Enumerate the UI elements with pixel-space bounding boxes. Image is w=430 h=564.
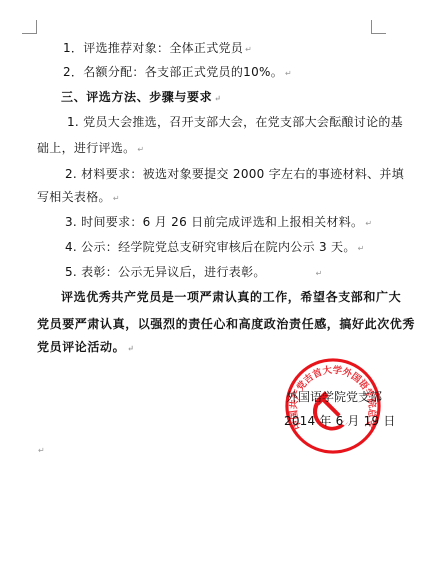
step-1-line-1: 1. 党员大会推选，召开支部大会，在党支部大会酝酿讨论的基 [67, 114, 403, 130]
paragraph-mark-icon: ↵ [316, 269, 323, 278]
step-3: 3. 时间要求：6 月 26 日前完成评选和上报相关材料。↵ [65, 214, 372, 232]
line-text: 党员评论活动。 [37, 340, 125, 354]
paragraph-mark-icon: ↵ [127, 343, 134, 353]
paragraph-mark-icon: ↵ [38, 443, 45, 459]
line-text: 础上，进行评选。 [37, 141, 135, 155]
signature-date: 2014 年 6 月 19 日 [284, 413, 396, 429]
list-item-quota: 2．名额分配：各支部正式党员的10%。↵ [63, 64, 292, 82]
closing-paragraph-line-2: 党员要严肃认真，以强烈的责任心和高度政治责任感，搞好此次优秀 [37, 316, 415, 332]
page-corner-mark-top-right [371, 20, 386, 34]
step-5: 5. 表彰：公示无异议后，进行表彰。↵ [65, 264, 323, 282]
closing-paragraph-line-3: 党员评论活动。↵ [37, 339, 135, 356]
line-text: 写相关表格。 [37, 190, 111, 204]
line-text: 2．名额分配：各支部正式党员的10%。 [63, 65, 283, 79]
line-text: 4. 公示：经学院党总支研究审核后在院内公示 3 天。 [65, 240, 356, 254]
line-text: 2. 材料要求：被选对象要提交 2000 字左右的事迹材料、并填 [65, 167, 404, 181]
line-text: 3. 时间要求：6 月 26 日前完成评选和上报相关材料。 [65, 215, 363, 229]
paragraph-mark-icon: ↵ [214, 93, 221, 103]
paragraph-mark-icon: ↵ [285, 69, 292, 78]
list-item-recommend-target: 1．评选推荐对象：全体正式党员↵ [63, 40, 252, 58]
step-4: 4. 公示：经学院党总支研究审核后在院内公示 3 天。↵ [65, 239, 365, 257]
heading-text: 三、评选方法、步骤与要求 [61, 90, 212, 104]
page-corner-mark-top-left [22, 20, 37, 34]
paragraph-mark-icon: ↵ [245, 45, 252, 54]
step-2-line-1: 2. 材料要求：被选对象要提交 2000 字左右的事迹材料、并填 [65, 166, 404, 182]
paragraph-mark-icon: ↵ [365, 219, 372, 228]
official-seal-stamp-icon: 中国共产党吉首大学外国语学院总支部委员会 [284, 357, 382, 455]
closing-paragraph-line-1: 评选优秀共产党员是一项严肃认真的工作，希望各支部和广大 [61, 289, 401, 305]
line-text: 评选优秀共产党员是一项严肃认真的工作，希望各支部和广大 [61, 290, 401, 304]
line-text: 党员要严肃认真，以强烈的责任心和高度政治责任感，搞好此次优秀 [37, 317, 415, 331]
signature-organization: 外国语学院党支部 [286, 389, 382, 405]
step-2-line-2: 写相关表格。↵ [37, 189, 120, 207]
paragraph-mark-icon: ↵ [113, 194, 120, 203]
step-1-line-2: 础上，进行评选。↵ [37, 140, 144, 158]
line-text: 1. 党员大会推选，召开支部大会，在党支部大会酝酿讨论的基 [67, 115, 403, 129]
section-heading: 三、评选方法、步骤与要求↵ [61, 89, 222, 106]
line-text: 1．评选推荐对象：全体正式党员 [63, 41, 243, 55]
paragraph-mark-icon: ↵ [137, 145, 144, 154]
paragraph-mark-icon: ↵ [358, 244, 365, 253]
line-text: 5. 表彰：公示无异议后，进行表彰。 [65, 265, 266, 279]
